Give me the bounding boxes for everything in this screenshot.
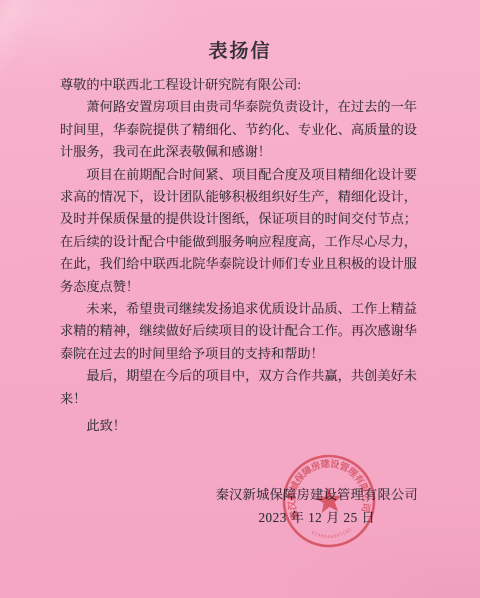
letter-paper: 表扬信 尊敬的中联西北工程设计研究院有限公司: 萧何路安置房项目由贵司华泰院负责… (0, 0, 480, 598)
signature-company: 秦汉新城保障房建设管理有限公司 (216, 483, 418, 506)
letter-body: 尊敬的中联西北工程设计研究院有限公司: 萧何路安置房项目由贵司华泰院负责设计，在… (60, 74, 417, 438)
letter-paragraph: 项目在前期配合时间紧、项目配合度及项目精细化设计要求高的情况下，设计团队能够积极… (60, 164, 417, 298)
letter-title: 表扬信 (0, 36, 480, 63)
signature-block: 秦汉新城保障房建设管理有限公司 2023 年 12 月 25 日 (216, 483, 418, 529)
signature-date: 2023 年 12 月 25 日 (216, 506, 418, 529)
salutation: 尊敬的中联西北工程设计研究院有限公司: (60, 74, 417, 96)
letter-paragraph: 最后，期望在今后的项目中，双方合作共赢，共创美好未来！ (60, 365, 417, 410)
seal-serial: 6199046607185 (310, 527, 353, 541)
letter-paragraph: 未来，希望贵司继续发扬追求优质设计品质、工作上精益求精的精神，继续做好后续项目的… (60, 298, 417, 365)
closing: 此致！ (60, 415, 417, 437)
letter-paragraphs: 萧何路安置房项目由贵司华泰院负责设计，在过去的一年时间里，华泰院提供了精细化、节… (60, 96, 417, 410)
letter-paragraph: 萧何路安置房项目由贵司华泰院负责设计，在过去的一年时间里，华泰院提供了精细化、节… (60, 96, 417, 163)
